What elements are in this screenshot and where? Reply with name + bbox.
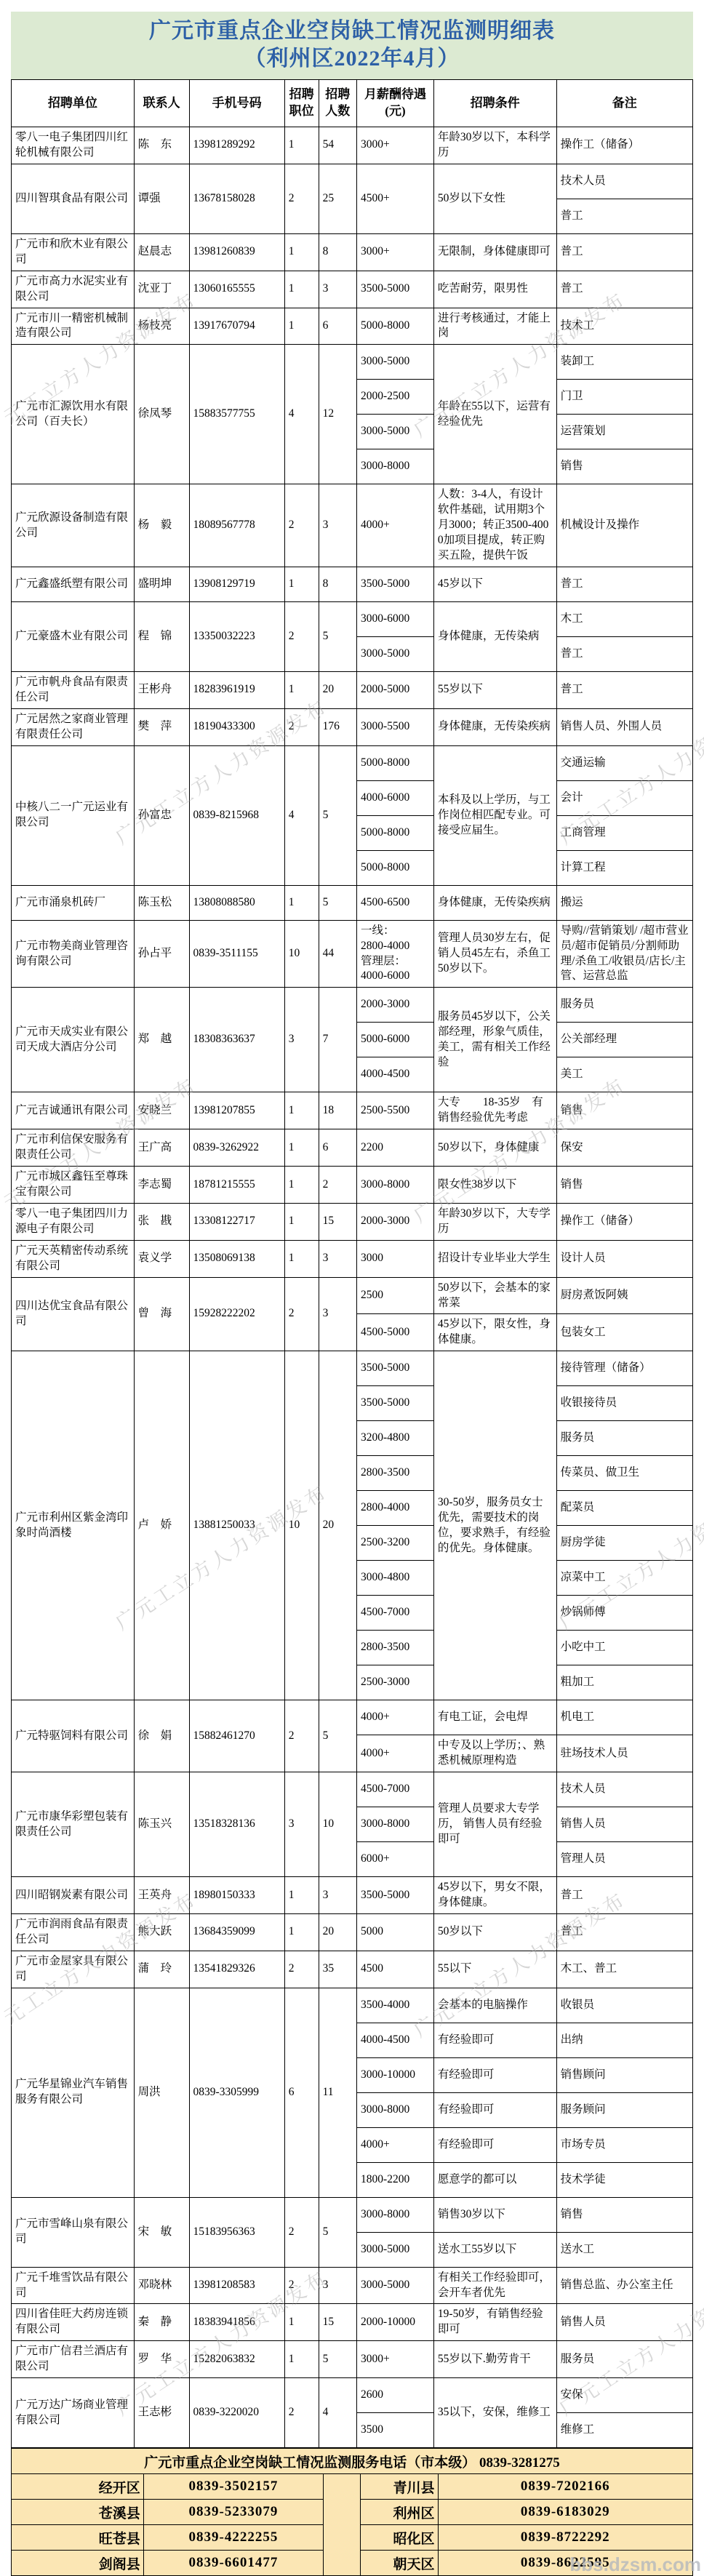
cell-conditions: 愿意学的都可以: [433, 2162, 556, 2197]
table-row: 广元万达广场商业管理有限公司王志彬0839-322002024260035以下，…: [12, 2378, 693, 2413]
vacancy-table: 招聘单位联系人手机号码招聘职位招聘人数月薪酬待遇(元)招聘条件备注 零八一电子集…: [11, 79, 693, 2448]
cell-salary: 3000-5500: [357, 708, 434, 745]
page-title-line1: 广元市重点企业空岗缺工情况监测明细表: [11, 17, 693, 45]
table-row: 广元居然之家商业管理有限责任公司樊 萍1819043330021763000-5…: [12, 708, 693, 745]
cell-company: 广元市利州区紫金湾印象时尚酒楼: [12, 1351, 135, 1700]
cell-contact: 王广高: [134, 1129, 189, 1167]
cell-remark: 销售人员: [556, 1807, 692, 1842]
cell-headcount: 25: [319, 164, 356, 233]
cell-headcount: 8: [319, 233, 356, 271]
cell-conditions: 销售30岁以下: [433, 2197, 556, 2232]
header-headcount: 招聘人数: [319, 80, 356, 127]
cell-salary: 4500+: [357, 164, 434, 233]
cell-remark: 技术人员: [556, 164, 692, 199]
cell-headcount: 12: [319, 345, 356, 484]
cell-headcount: 3: [319, 1277, 356, 1351]
cell-conditions: 中专及以上学历；、熟悉机械原理构造: [433, 1735, 556, 1772]
cell-conditions: 年龄30岁以下，本科学历: [433, 127, 556, 164]
cell-salary: 4000+: [357, 484, 434, 567]
cell-headcount: 6: [319, 308, 356, 345]
cell-positions: 1: [284, 671, 319, 708]
cell-phone: 18781215555: [189, 1167, 284, 1204]
cell-company: 广元市和欣木业有限公司: [12, 233, 135, 271]
cell-contact: 孙富忠: [134, 745, 189, 885]
cell-phone: 15282063832: [189, 2341, 284, 2378]
cell-headcount: 5: [319, 885, 356, 920]
cell-salary: 2000-5000: [357, 671, 434, 708]
cell-positions: 1: [284, 885, 319, 920]
cell-salary: 3000-5000: [357, 415, 434, 449]
table-row: 广元华星锦业汽车销售服务有限公司周洪0839-33059996113500-40…: [12, 1988, 693, 2023]
cell-positions: 10: [284, 920, 319, 988]
table-header-row: 招聘单位联系人手机号码招聘职位招聘人数月薪酬待遇(元)招聘条件备注: [12, 80, 693, 127]
cell-remark: 小吃中工: [556, 1631, 692, 1665]
cell-conditions: 招设计专业毕业大学生: [433, 1240, 556, 1277]
region-name: 旺苍县: [12, 2525, 144, 2551]
cell-positions: 1: [284, 567, 319, 601]
cell-salary: 4000+: [357, 2127, 434, 2162]
cell-headcount: 3: [319, 1877, 356, 1914]
cell-company: 广元市城区鑫钰至尊珠宝有限公司: [12, 1167, 135, 1204]
table-row: 广元市物美商业管理咨询有限公司孙占平0839-35111551044一线： 28…: [12, 920, 693, 988]
cell-salary: 2000-2500: [357, 380, 434, 415]
cell-salary: 3000-5000: [357, 636, 434, 671]
cell-remark: 操作工（储备）: [556, 127, 692, 164]
cell-contact: 王英舟: [134, 1877, 189, 1914]
hotline-table: 广元市重点企业空岗缺工情况监测服务电话（市本级） 0839-3281275 经开…: [11, 2448, 693, 2576]
cell-salary: 4000-4500: [357, 1057, 434, 1092]
cell-conditions: 身体健康，无传染病: [433, 601, 556, 671]
cell-salary: 5000-8000: [357, 308, 434, 345]
cell-salary: 2600: [357, 2378, 434, 2413]
region-name: 利州区: [360, 2500, 438, 2525]
cell-salary: 5000-8000: [357, 815, 434, 850]
table-row: 广元欣源设备制造有限公司杨 毅18089567778234000+人数：3-4人…: [12, 484, 693, 567]
cell-headcount: 8: [319, 567, 356, 601]
cell-positions: 1: [284, 233, 319, 271]
cell-salary: 5000-6000: [357, 1023, 434, 1057]
cell-conditions: 年龄在55以下，运营有经验优先: [433, 345, 556, 484]
cell-headcount: 3: [319, 1240, 356, 1277]
table-row: 广元市和欣木业有限公司赵晨志13981260839183000+无限制，身体健康…: [12, 233, 693, 271]
cell-salary: 3000-8000: [357, 449, 434, 484]
cell-salary: 3000: [357, 1240, 434, 1277]
cell-remark: 配菜员: [556, 1491, 692, 1526]
page-title-line2: （利州区2022年4月）: [11, 45, 693, 73]
cell-conditions: 进行考核通过，才能上岗: [433, 308, 556, 345]
cell-remark: 普工: [556, 271, 692, 308]
cell-company: 零八一电子集团四川力源电子有限公司: [12, 1203, 135, 1240]
cell-phone: 18308363637: [189, 988, 284, 1092]
cell-conditions: 有相关工作经验即可，会开车者优先: [433, 2267, 556, 2304]
cell-conditions: 35以下，安保，维修工: [433, 2378, 556, 2448]
cell-remark: 服务员: [556, 988, 692, 1023]
cell-salary: 4500-7000: [357, 1596, 434, 1631]
cell-conditions: 50岁以下女性: [433, 164, 556, 233]
cell-positions: 1: [284, 271, 319, 308]
cell-headcount: 20: [319, 1351, 356, 1700]
table-row: 广元市润雨食品有限责任公司熊大跃13684359099120500050岁以下普…: [12, 1913, 693, 1951]
cell-positions: 3: [284, 1772, 319, 1877]
cell-positions: 2: [284, 1277, 319, 1351]
cell-conditions: 吃苦耐劳，限男性: [433, 271, 556, 308]
cell-salary: 2800-3500: [357, 1456, 434, 1491]
cell-company: 零八一电子集团四川红轮机械有限公司: [12, 127, 135, 164]
cell-headcount: 5: [319, 2341, 356, 2378]
cell-salary: 6000+: [357, 1842, 434, 1877]
cell-contact: 卢 娇: [134, 1351, 189, 1700]
cell-contact: 罗 华: [134, 2341, 189, 2378]
header-positions: 招聘职位: [284, 80, 319, 127]
cell-remark: 普工: [556, 671, 692, 708]
cell-phone: 15883577755: [189, 345, 284, 484]
cell-conditions: 大专 18-35岁 有销售经验优先考虑: [433, 1092, 556, 1129]
region-name: 青川县: [360, 2474, 438, 2500]
hotline-title: 广元市重点企业空岗缺工情况监测服务电话（市本级） 0839-3281275: [12, 2449, 693, 2474]
cell-contact: 程 锦: [134, 601, 189, 671]
cell-company: 四川达优宝食品有限公司: [12, 1277, 135, 1351]
table-row: 广元市城区鑫钰至尊珠宝有限公司李志蜀18781215555123000-8000…: [12, 1167, 693, 1204]
cell-company: 广元吉诚通讯有限公司: [12, 1092, 135, 1129]
cell-company: 广元市高力水泥实业有限公司: [12, 271, 135, 308]
region-name: 朝天区: [360, 2551, 438, 2576]
cell-salary: 2000-3000: [357, 988, 434, 1023]
cell-remark: 厨房煮饭阿姨: [556, 1277, 692, 1314]
cell-phone: 13684359099: [189, 1913, 284, 1951]
cell-contact: 徐凤琴: [134, 345, 189, 484]
cell-positions: 1: [284, 1092, 319, 1129]
cell-headcount: 3: [319, 484, 356, 567]
cell-conditions: 有经验即可: [433, 2092, 556, 2127]
cell-salary: 3000+: [357, 233, 434, 271]
cell-company: 广元欣源设备制造有限公司: [12, 484, 135, 567]
cell-positions: 1: [284, 1167, 319, 1204]
cell-positions: 2: [284, 1951, 319, 1988]
cell-conditions: 管理人员要求大专学历， 销售人员有经验即可: [433, 1772, 556, 1877]
table-row: 广元市川一精密机械制造有限公司杨枝亮13917670794165000-8000…: [12, 308, 693, 345]
cell-conditions: 45岁以下，限女性，身体健康。: [433, 1314, 556, 1351]
cell-contact: 张 戡: [134, 1203, 189, 1240]
cell-remark: 普工: [556, 1877, 692, 1914]
cell-positions: 2: [284, 1700, 319, 1772]
cell-phone: 13308122717: [189, 1203, 284, 1240]
cell-headcount: 35: [319, 1951, 356, 1988]
cell-positions: 1: [284, 1240, 319, 1277]
cell-positions: 6: [284, 1988, 319, 2197]
cell-contact: 邓晓林: [134, 2267, 189, 2304]
cell-conditions: 人数：3-4人，有设计软件基础，试用期3个月3000；转正3500-4000加项…: [433, 484, 556, 567]
cell-remark: 送水工: [556, 2232, 692, 2267]
cell-phone: 15183956363: [189, 2197, 284, 2267]
header-phone: 手机号码: [189, 80, 284, 127]
region-phone: 0839-8622595: [438, 2551, 692, 2576]
cell-phone: 13541829326: [189, 1951, 284, 1988]
cell-remark: 机电工: [556, 1700, 692, 1735]
cell-company: 广元千堆雪饮品有限公司: [12, 2267, 135, 2304]
cell-headcount: 10: [319, 1772, 356, 1877]
cell-salary: 4500: [357, 1951, 434, 1988]
cell-conditions: 50岁以下，身体健康: [433, 1129, 556, 1167]
hotline-row: 经开区 0839-3502157 青川县 0839-7202166: [12, 2474, 693, 2500]
cell-salary: 3500-4000: [357, 1988, 434, 2023]
cell-company: 广元市川一精密机械制造有限公司: [12, 308, 135, 345]
table-row: 零八一电子集团四川红轮机械有限公司陈 东139812892921543000+年…: [12, 127, 693, 164]
cell-headcount: 5: [319, 2197, 356, 2267]
table-row: 广元市利信保安服务有限责任公司王广高0839-326292216220050岁以…: [12, 1129, 693, 1167]
cell-conditions: 有经验即可: [433, 2023, 556, 2057]
region-name: 苍溪县: [12, 2500, 144, 2525]
cell-contact: 杨枝亮: [134, 308, 189, 345]
cell-conditions: 19-50岁，有销售经验即可: [433, 2304, 556, 2341]
region-phone: 0839-3502157: [143, 2474, 323, 2500]
cell-salary: 2000-3000: [357, 1203, 434, 1240]
cell-remark: 包装女工: [556, 1314, 692, 1351]
cell-salary: 3000-10000: [357, 2057, 434, 2092]
cell-headcount: 15: [319, 2304, 356, 2341]
cell-contact: 李志蜀: [134, 1167, 189, 1204]
table-row: 零八一电子集团四川力源电子有限公司张 戡133081227171152000-3…: [12, 1203, 693, 1240]
cell-conditions: 55岁以下.勤劳肯干: [433, 2341, 556, 2378]
cell-phone: 0839-3511155: [189, 920, 284, 988]
cell-remark: 收银员: [556, 1988, 692, 2023]
cell-remark: 保安: [556, 1129, 692, 1167]
cell-phone: 13678158028: [189, 164, 284, 233]
cell-headcount: 176: [319, 708, 356, 745]
cell-conditions: 送水工55岁以下: [433, 2232, 556, 2267]
cell-contact: 陈玉松: [134, 885, 189, 920]
header-remark: 备注: [556, 80, 692, 127]
table-row: 广元豪盛木业有限公司程 锦13350032223253000-6000身体健康，…: [12, 601, 693, 636]
cell-remark: 凉菜中工: [556, 1561, 692, 1596]
cell-conditions: 50岁以下，会基本的家常菜: [433, 1277, 556, 1314]
cell-salary: 4500-6500: [357, 885, 434, 920]
cell-contact: 樊 萍: [134, 708, 189, 745]
cell-positions: 4: [284, 745, 319, 885]
cell-contact: 陈玉兴: [134, 1772, 189, 1877]
cell-remark: 传菜员、做卫生: [556, 1456, 692, 1491]
cell-phone: 13508069138: [189, 1240, 284, 1277]
cell-conditions: 本科及以上学历，与工作岗位相匹配专业。可接受应届生。: [433, 745, 556, 885]
cell-salary: 5000-8000: [357, 850, 434, 885]
cell-contact: 周洪: [134, 1988, 189, 2197]
cell-conditions: 有电工证，会电焊: [433, 1700, 556, 1735]
cell-salary: 4000-6000: [357, 780, 434, 815]
cell-headcount: 15: [319, 1203, 356, 1240]
cell-remark: 技术学徒: [556, 2162, 692, 2197]
table-row: 广元市高力水泥实业有限公司沈亚丁13060165555133500-5000吃苦…: [12, 271, 693, 308]
cell-company: 中核八二一广元运业有限公司: [12, 745, 135, 885]
cell-remark: 销售: [556, 449, 692, 484]
cell-remark: 市场专员: [556, 2127, 692, 2162]
cell-salary: 3500-5000: [357, 567, 434, 601]
cell-salary: 3500: [357, 2413, 434, 2448]
cell-remark: 销售总监、办公室主任: [556, 2267, 692, 2304]
cell-remark: 木工、普工: [556, 1951, 692, 1988]
cell-remark: 收银接待员: [556, 1386, 692, 1421]
table-row: 广元市利州区紫金湾印象时尚酒楼卢 娇1388125003310203500-50…: [12, 1351, 693, 1386]
cell-phone: 0839-8215968: [189, 745, 284, 885]
cell-phone: 13881250033: [189, 1351, 284, 1700]
region-phone: 0839-7202166: [438, 2474, 692, 2500]
cell-remark: 计算工程: [556, 850, 692, 885]
cell-salary: 2800-3500: [357, 1631, 434, 1665]
cell-positions: 2: [284, 708, 319, 745]
table-row: 四川智琪食品有限公司谭强136781580282254500+50岁以下女性技术…: [12, 164, 693, 199]
table-row: 四川昭钢炭素有限公司王英舟18980150333133500-500045岁以下…: [12, 1877, 693, 1914]
cell-positions: 10: [284, 1351, 319, 1700]
header-company: 招聘单位: [12, 80, 135, 127]
cell-headcount: 54: [319, 127, 356, 164]
cell-remark: 销售人员、外围人员: [556, 708, 692, 745]
cell-phone: 0839-3262922: [189, 1129, 284, 1167]
cell-remark: 服务员: [556, 2341, 692, 2378]
cell-positions: 2: [284, 601, 319, 671]
cell-headcount: 5: [319, 745, 356, 885]
cell-remark: 销售人员: [556, 2304, 692, 2341]
cell-salary: 2500-3000: [357, 1665, 434, 1700]
cell-contact: 徐 娟: [134, 1700, 189, 1772]
cell-remark: 操作工（储备）: [556, 1203, 692, 1240]
cell-phone: 18190433300: [189, 708, 284, 745]
cell-company: 广元市利信保安服务有限责任公司: [12, 1129, 135, 1167]
cell-contact: 熊大跃: [134, 1913, 189, 1951]
cell-salary: 一线： 2800-4000 管理层： 4000-6000: [357, 920, 434, 988]
cell-company: 广元市康华彩塑包装有限责任公司: [12, 1772, 135, 1877]
cell-conditions: 限女性38岁以下: [433, 1167, 556, 1204]
cell-conditions: 管理人员30岁左右，促销人员45左右，杀鱼工50岁以下。: [433, 920, 556, 988]
cell-headcount: 18: [319, 1092, 356, 1129]
cell-company: 广元市帆舟食品有限责任公司: [12, 671, 135, 708]
cell-salary: 2500-3200: [357, 1526, 434, 1561]
cell-contact: 王志彬: [134, 2378, 189, 2448]
cell-salary: 2500-5500: [357, 1092, 434, 1129]
cell-salary: 3000+: [357, 2341, 434, 2378]
cell-phone: 13981207855: [189, 1092, 284, 1129]
cell-conditions: 无限制，身体健康即可: [433, 233, 556, 271]
cell-remark: 普工: [556, 567, 692, 601]
cell-company: 广元市广信君兰酒店有限公司: [12, 2341, 135, 2378]
cell-phone: 0839-3220020: [189, 2378, 284, 2448]
cell-positions: 1: [284, 127, 319, 164]
cell-contact: 袁义学: [134, 1240, 189, 1277]
cell-phone: 13981260839: [189, 233, 284, 271]
cell-conditions: 55岁以下: [433, 671, 556, 708]
cell-headcount: 3: [319, 271, 356, 308]
cell-positions: 1: [284, 1129, 319, 1167]
cell-positions: 1: [284, 1913, 319, 1951]
cell-company: 广元豪盛木业有限公司: [12, 601, 135, 671]
hotline-gap: [324, 2474, 361, 2576]
table-row: 中核八二一广元运业有限公司孙富忠0839-8215968455000-8000本…: [12, 745, 693, 780]
cell-phone: 13981289292: [189, 127, 284, 164]
cell-salary: 2800-4000: [357, 1491, 434, 1526]
cell-contact: 陈 东: [134, 127, 189, 164]
cell-remark: 维修工: [556, 2413, 692, 2448]
cell-remark: 炒锅师傅: [556, 1596, 692, 1631]
cell-salary: 2000-10000: [357, 2304, 434, 2341]
cell-company: 广元鑫盛纸塑有限公司: [12, 567, 135, 601]
cell-contact: 赵晨志: [134, 233, 189, 271]
title-block: 广元市重点企业空岗缺工情况监测明细表 （利州区2022年4月）: [11, 12, 693, 79]
region-name: 剑阁县: [12, 2551, 144, 2576]
cell-phone: 13981208583: [189, 2267, 284, 2304]
cell-conditions: 会基本的电脑操作: [433, 1988, 556, 2023]
table-row: 广元特驱饲料有限公司徐 娟15882461270254000+有电工证，会电焊机…: [12, 1700, 693, 1735]
cell-remark: 接待管理（储备）: [556, 1351, 692, 1386]
cell-conditions: 身体健康，无传染疾病: [433, 708, 556, 745]
region-name: 经开区: [12, 2474, 144, 2500]
cell-remark: 普工: [556, 636, 692, 671]
cell-remark: 安保: [556, 2378, 692, 2413]
cell-phone: 13908129719: [189, 567, 284, 601]
cell-positions: 1: [284, 1877, 319, 1914]
region-phone: 0839-6183029: [438, 2500, 692, 2525]
cell-salary: 3000-5000: [357, 2267, 434, 2304]
cell-phone: 13808088580: [189, 885, 284, 920]
cell-phone: 18089567778: [189, 484, 284, 567]
cell-remark: 导购//营销策划/ /超市营业员/超市促销员/分割师助理/杀鱼工/收银员/店长/…: [556, 920, 692, 988]
cell-headcount: 3: [319, 2267, 356, 2304]
cell-remark: 服务顾问: [556, 2092, 692, 2127]
table-row: 四川省佳旺大药房连锁有限公司秦 静183839418561152000-1000…: [12, 2304, 693, 2341]
cell-salary: 3200-4800: [357, 1421, 434, 1456]
cell-positions: 2: [284, 2197, 319, 2267]
cell-salary: 2500: [357, 1277, 434, 1314]
cell-company: 四川智琪食品有限公司: [12, 164, 135, 233]
cell-salary: 3500-5000: [357, 1877, 434, 1914]
cell-contact: 宋 敏: [134, 2197, 189, 2267]
cell-salary: 3000-8000: [357, 2092, 434, 2127]
table-row: 广元市帆舟食品有限责任公司王彬舟182839619191202000-50005…: [12, 671, 693, 708]
cell-remark: 会计: [556, 780, 692, 815]
cell-phone: 15928222202: [189, 1277, 284, 1351]
cell-phone: 13350032223: [189, 601, 284, 671]
cell-phone: 13917670794: [189, 308, 284, 345]
cell-remark: 运营策划: [556, 415, 692, 449]
cell-remark: 搬运: [556, 885, 692, 920]
cell-company: 广元市天成实业有限公司天成大酒店分公司: [12, 988, 135, 1092]
table-row: 四川达优宝食品有限公司曾 海1592822220223250050岁以下，会基本…: [12, 1277, 693, 1314]
cell-company: 广元特驱饲料有限公司: [12, 1700, 135, 1772]
cell-salary: 5000: [357, 1913, 434, 1951]
cell-positions: 2: [284, 2267, 319, 2304]
header-salary: 月薪酬待遇(元): [357, 80, 434, 127]
table-row: 广元鑫盛纸塑有限公司盛明坤13908129719183500-500045岁以下…: [12, 567, 693, 601]
cell-salary: 3500-5000: [357, 1351, 434, 1386]
cell-remark: 粗加工: [556, 1665, 692, 1700]
cell-company: 广元万达广场商业管理有限公司: [12, 2378, 135, 2448]
cell-headcount: 44: [319, 920, 356, 988]
cell-contact: 孙占平: [134, 920, 189, 988]
cell-salary: 3000-8000: [357, 1167, 434, 1204]
cell-remark: 技术人员: [556, 1772, 692, 1807]
cell-headcount: 5: [319, 601, 356, 671]
table-row: 广元市天成实业有限公司天成大酒店分公司郑 越18308363637372000-…: [12, 988, 693, 1023]
cell-company: 广元市汇源饮用水有限公司（百夫长）: [12, 345, 135, 484]
cell-salary: 3000-6000: [357, 601, 434, 636]
cell-headcount: 2: [319, 1167, 356, 1204]
cell-remark: 装卸工: [556, 345, 692, 380]
cell-positions: 1: [284, 308, 319, 345]
table-row: 广元市金屋家具有限公司蒲 玲13541829326235450055以下木工、普…: [12, 1951, 693, 1988]
cell-contact: 安晓兰: [134, 1092, 189, 1129]
cell-contact: 秦 静: [134, 2304, 189, 2341]
cell-salary: 5000-8000: [357, 745, 434, 780]
cell-salary: 3000-8000: [357, 2197, 434, 2232]
hotline-title-row: 广元市重点企业空岗缺工情况监测服务电话（市本级） 0839-3281275: [12, 2449, 693, 2474]
cell-company: 广元市雪峰山泉有限公司: [12, 2197, 135, 2267]
header-conditions: 招聘条件: [433, 80, 556, 127]
